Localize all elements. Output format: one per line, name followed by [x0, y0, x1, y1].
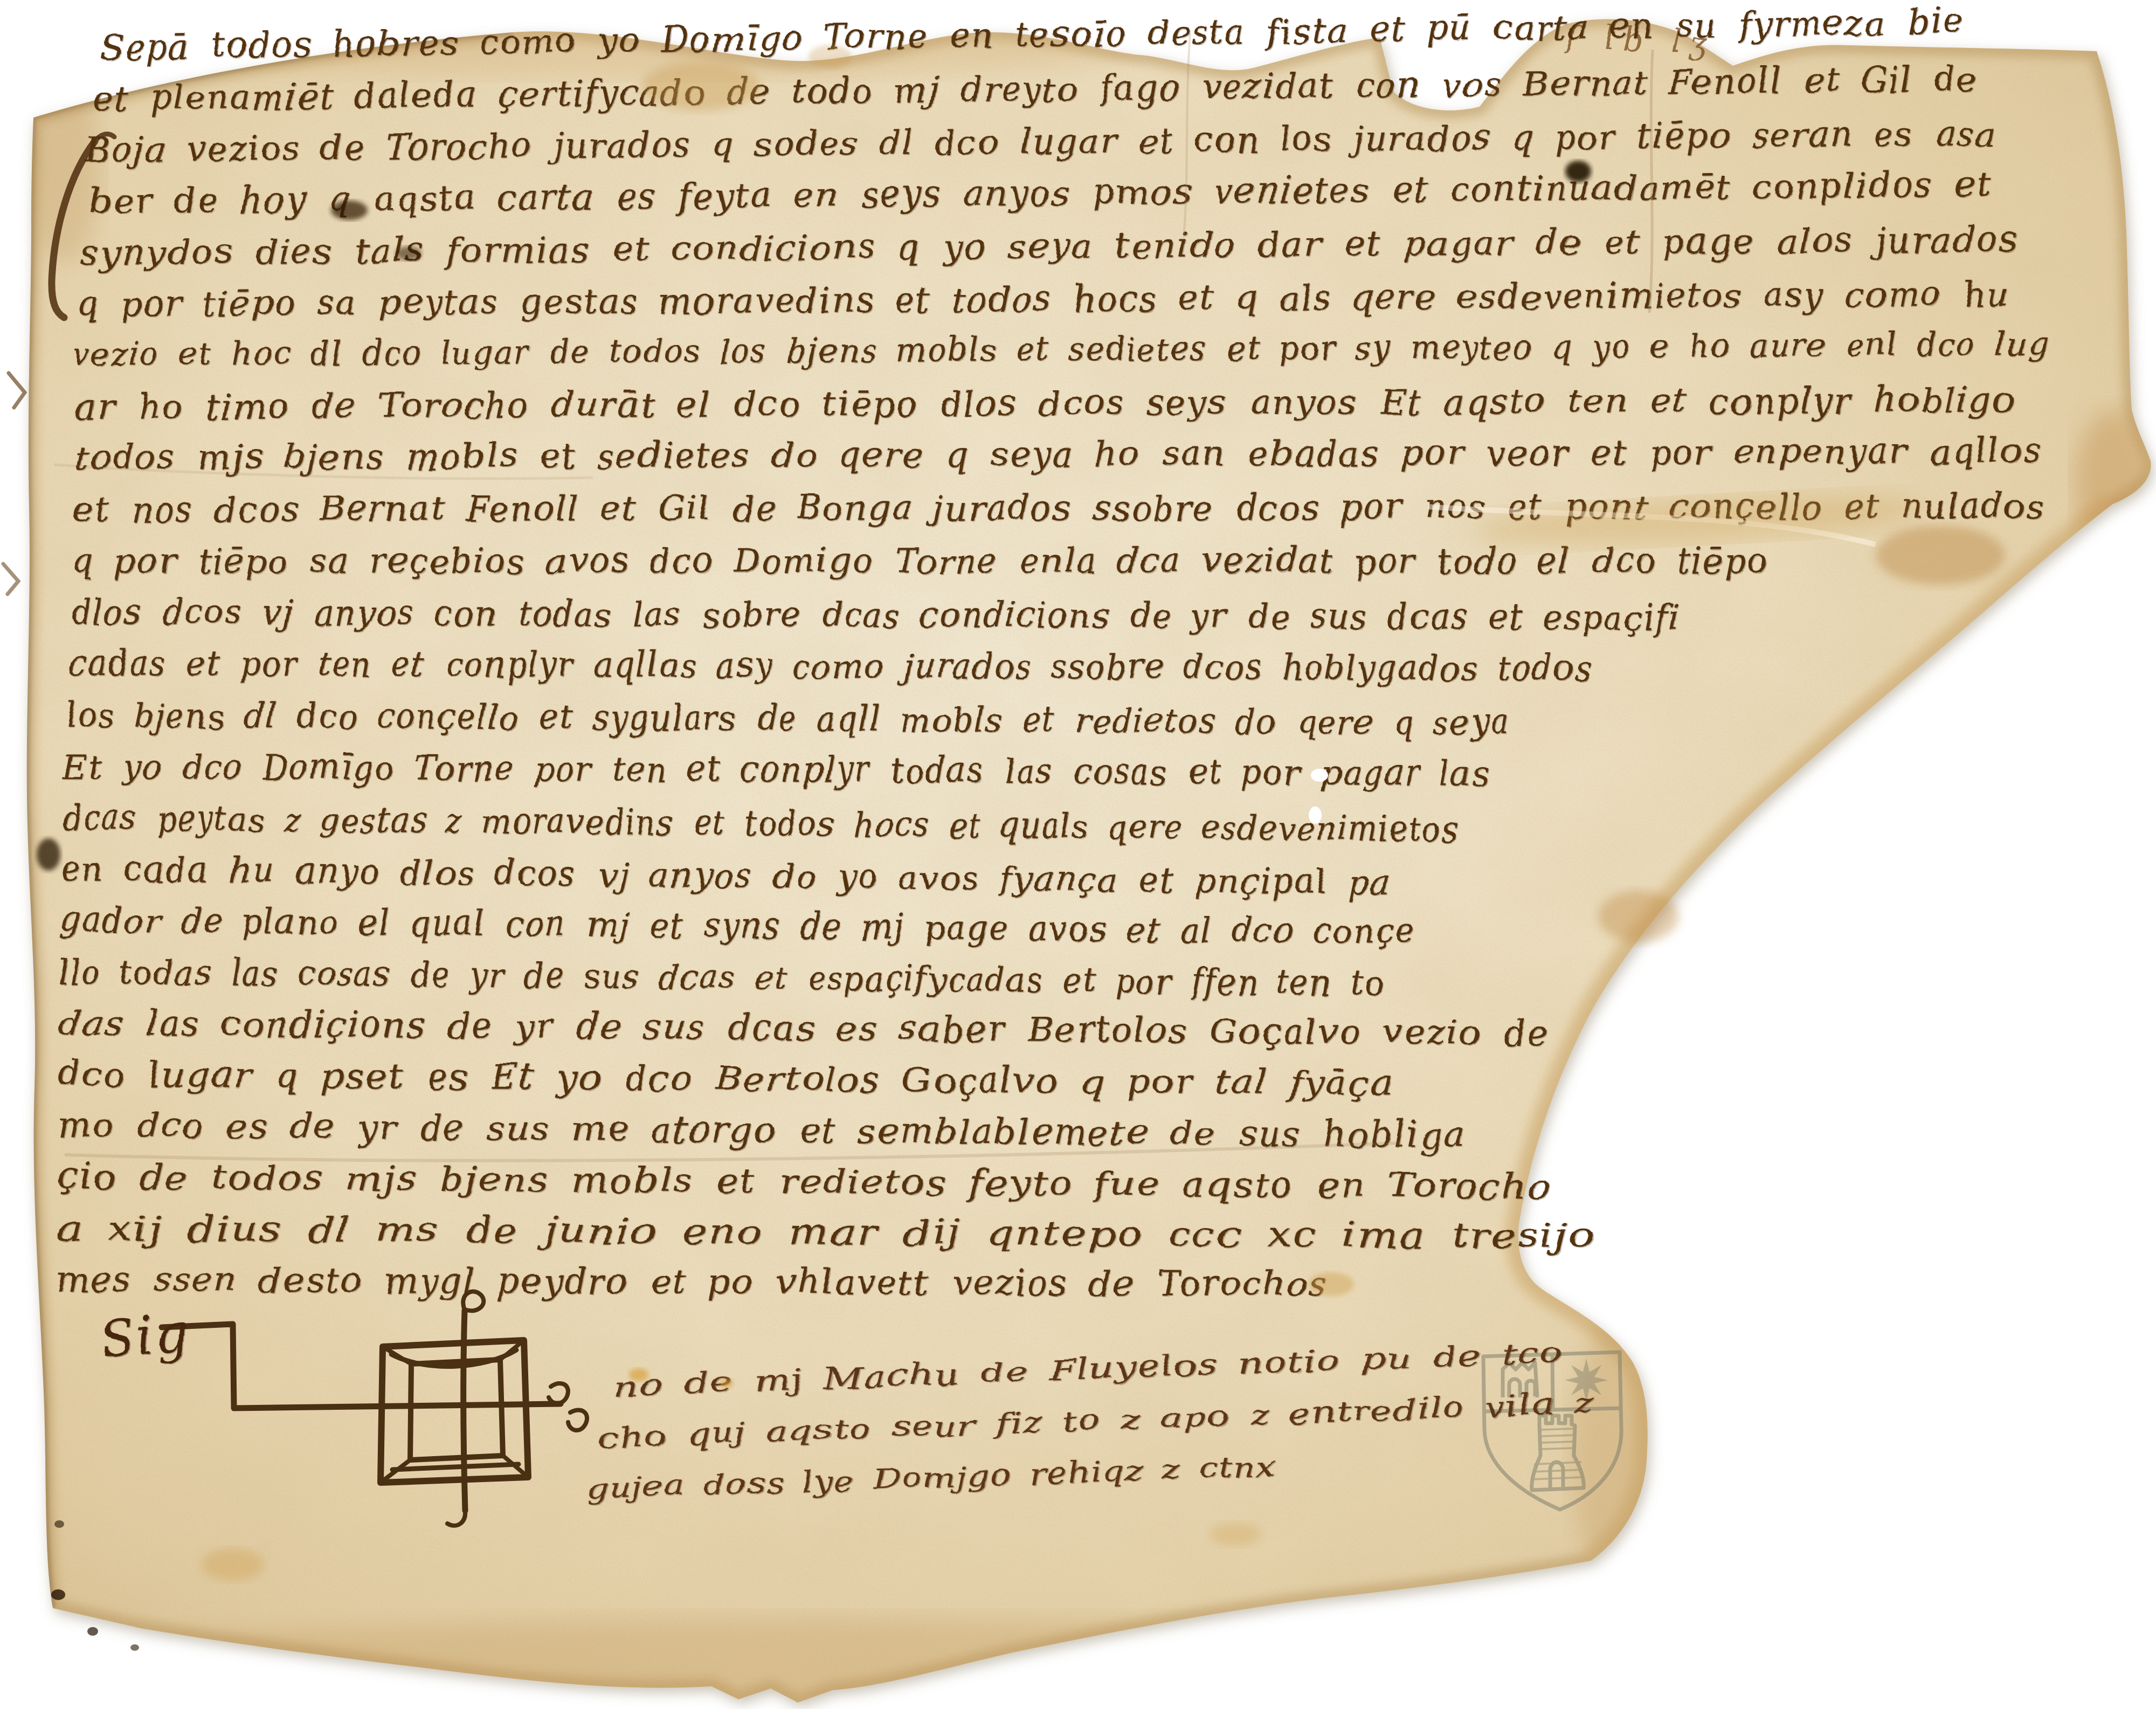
manuscript-line-4: ber de hoy q aqsta carta es feyta en sey… — [89, 168, 1992, 219]
manuscript-line-22: mo dco es de yr de sus me atorgo et semb… — [57, 1108, 1466, 1153]
manuscript-line-20: das las condiçions de yr de sus dcas es … — [58, 1006, 1550, 1051]
scanned-parchment-document: Sig ſ lb lʒ Sepā todos hobres como yo Do… — [0, 0, 2156, 1709]
manuscript-line-5: synydos dies tals formias et condicions … — [81, 223, 2019, 271]
manuscript-line-7: vezio et hoc dl dco lugar de todos los b… — [73, 328, 2049, 371]
manuscript-line-15: Et yo dco Domīgo Torne por ten et conply… — [64, 749, 1490, 791]
manuscript-line-13: cadas et por ten et conplyr aqllas asy c… — [68, 646, 1591, 686]
manuscript-line-25: mes ssen desto mygl peydro et po vhlavet… — [56, 1263, 1328, 1301]
manuscript-line-12: dlos dcos vj anyos con todas las sobre d… — [70, 595, 1680, 635]
notary-subscription-line-2: cho quj aqsto seur fiz to z apo z entred… — [597, 1389, 1594, 1452]
manuscript-line-18: gador de plano el qual con mj et syns de… — [59, 903, 1415, 949]
manuscript-line-19: llo todas las cosas de yr de sus dcas et… — [58, 955, 1385, 1001]
manuscript-line-3: Boja vezios de Torocho jurados q sodes d… — [85, 116, 1996, 168]
manuscript-line-17: en cada hu anyo dlos dcos vj anyos do yo… — [60, 852, 1392, 900]
manuscript-line-9: todos mjs bjens mobls et sedietes do qer… — [74, 434, 2041, 476]
manuscript-line-10: et nos dcos Bernat Fenoll et Gil de Bong… — [73, 490, 2045, 527]
notary-subscription-line-1: no de mj Machu de Fluyelos notio pu de t… — [614, 1339, 1564, 1400]
manuscript-line-21: dco lugar q pset es Et yo dco Bertolos G… — [57, 1057, 1394, 1101]
manuscript-line-6: q por tiēpo sa peytas gestas moravedins … — [75, 277, 2010, 322]
manuscript-line-14: los bjens dl dco conçello et sygulars de… — [66, 698, 1510, 740]
manuscript-text: Sig ſ lb lʒ Sepā todos hobres como yo Do… — [0, 0, 2156, 1709]
manuscript-line-2: et plenamiēt daleda çertifycado de todo … — [93, 62, 1979, 116]
manuscript-line-8: ar ho timo de Torocho durāt el dco tiēpo… — [75, 383, 2015, 424]
notarial-sig-word: Sig — [97, 1301, 194, 1370]
manuscript-line-16: dcas peytas z gestas z moravedins et tod… — [62, 801, 1459, 847]
manuscript-line-11: q por tiēpo sa reçebios avos dco Domigo … — [72, 544, 1769, 578]
manuscript-line-24: a xij dius dl ms de junio eno mar dij qn… — [57, 1211, 1595, 1254]
manuscript-line-23: çio de todos mjs bjens mobls et redietos… — [57, 1160, 1553, 1204]
notary-subscription-line-3: gujea doss lye Domjgo rehiqz z ctnx — [586, 1452, 1276, 1504]
